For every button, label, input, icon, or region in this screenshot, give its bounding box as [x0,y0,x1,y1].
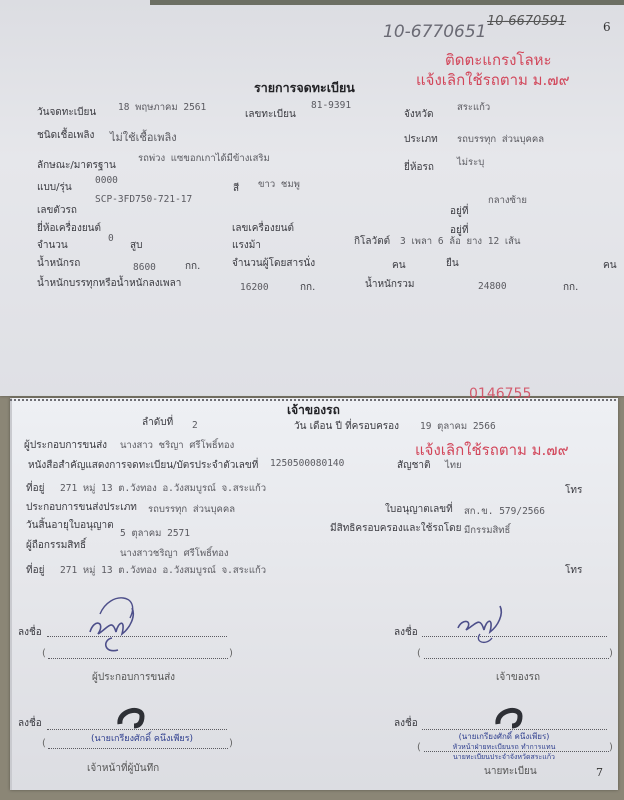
weight-unit: กก. [185,259,200,274]
page-number-bottom: 7 [596,766,603,779]
name-paren-officer: ( [42,738,46,749]
character-value: รถพ่วง แซขอกเกาได้มีข้างเสริม [138,151,270,166]
license-no-label: ใบอนุญาตเลขที่ [385,502,453,517]
character-label: ลักษณะ/มาตรฐาน [37,158,116,173]
owner-value: นางสาวชริญา ศรีโพธิ์ทอง [120,546,229,561]
page-number-top: 6 [603,20,611,34]
license-expiry-label: วันสิ้นอายุใบอนุญาต [26,518,114,533]
sign-label-registrar: ลงชื่อ [394,716,418,731]
license-expiry-value: 5 ตุลาคม 2571 [120,526,190,541]
registrar-stamp-office: นายทะเบียนประจำจังหวัดสระแก้ว [436,752,572,763]
standing-unit: คน [603,258,617,273]
axle-wheel-value: 3 เพลา 6 ล้อ ยาง 12 เส้น [400,234,520,249]
phone-label: โทร [565,483,582,498]
reg-date-value: 18 พฤษภาคม 2561 [118,100,206,115]
possession-right-label: มีสิทธิครอบครองและใช้รถโดย [330,521,462,536]
owner-address-label: ที่อยู่ [26,563,44,578]
name-line-officer [48,748,228,749]
business-type-value: รถบรรทุก ส่วนบุคคล [148,502,235,517]
struck-registration-number: 10-6670591 [487,14,566,29]
background-strip [150,0,624,5]
id-value: 1250500080140 [270,458,344,469]
province-label: จังหวัด [404,107,433,122]
weight-value: 8600 [133,262,156,273]
name-paren-registrar-close: ) [609,742,613,753]
type-label: ประเภท [404,132,438,147]
chassis-location-label: อยู่ที่ [450,204,468,219]
signature-registrar-icon [494,706,524,730]
possession-date-label: วัน เดือน ปี ที่ครอบครอง [294,419,399,434]
page-title: รายการจดทะเบียน [254,78,355,98]
load-unit: กก. [300,280,315,295]
name-paren-owner: ( [417,648,421,659]
registration-page-top: 10-6770651 10-6670591 6 ติดตะแกรงโลหะ แจ… [0,0,624,396]
cylinders-label: จำนวน [37,238,68,253]
color-value: ขาว ชมพู [258,177,300,192]
load-value: 16200 [240,282,269,293]
order-label: ลำดับที่ [142,415,173,430]
name-paren-owner-close: ) [609,648,613,659]
name-paren-operator: ( [42,648,46,659]
nationality-value: ไทย [445,458,462,473]
cylinders-unit: สูบ [130,238,142,253]
chassis-value: SCP-3FD750-721-17 [95,194,192,205]
name-paren-registrar: ( [417,742,421,753]
officer-stamp-name: (นายเกรียงศักดิ์ คนึงเพียร) [72,731,212,745]
owner-phone-label: โทร [565,563,582,578]
address-label: ที่อยู่ [26,481,44,496]
name-line-operator [48,658,228,659]
perforation-line [10,399,616,401]
type-value: รถบรรทุก ส่วนบุคคล [457,132,544,147]
red-note-cancel-use-owner: แจ้งเลิกใช้รถตาม ม.๗๙ [415,438,569,462]
reg-no-value: 81-9391 [311,100,351,111]
nationality-label: สัญชาติ [397,458,431,473]
possession-date-value: 19 ตุลาคม 2566 [420,419,496,434]
caption-owner: เจ้าของรถ [496,670,540,685]
id-label: หนังสือสำคัญแสดงการจดทะเบียน/บัตรประจำตั… [28,458,258,473]
weight-label: น้ำหนักรถ [37,256,80,271]
total-weight-label: น้ำหนักรวม [365,277,415,292]
sign-label-owner: ลงชื่อ [394,625,418,640]
handwritten-registration-number: 10-6770651 [383,22,486,42]
name-paren-officer-close: ) [229,738,233,749]
order-value: 2 [192,420,198,431]
operator-value: นางสาว ชริญา ศรีโพธิ์ทอง [120,438,234,453]
chassis-location-value: กลางซ้าย [488,193,527,208]
name-paren-operator-close: ) [229,648,233,659]
operator-label: ผู้ประกอบการขนส่ง [24,438,107,453]
registration-page-owner: 0146755 เจ้าของรถ ลำดับที่ 2 วัน เดือน ป… [10,398,618,790]
horsepower-label: แรงม้า [232,238,261,253]
caption-operator: ผู้ประกอบการขนส่ง [92,670,175,685]
color-label: สี [233,181,239,196]
sign-label-operator: ลงชื่อ [18,625,42,640]
province-value: สระแก้ว [457,100,490,115]
model-label: แบบ/รุ่น [37,180,72,195]
signature-owner-icon [452,598,522,648]
model-value: 0000 [95,175,118,186]
caption-registrar: นายทะเบียน [484,764,537,779]
owner-section-title: เจ้าของรถ [287,401,340,420]
caption-officer: เจ้าหน้าที่ผู้บันทึก [87,761,159,776]
name-line-owner [424,658,609,659]
fuel-value: ไม่ใช้เชื้อเพลิง [110,128,177,146]
reg-no-label: เลขทะเบียน [245,107,296,122]
address-value: 271 หมู่ 13 ต.วังทอง อ.วังสมบูรณ์ จ.สระแ… [60,481,266,496]
seats-label: จำนวนผู้โดยสารนั่ง [232,256,315,271]
standing-label: ยืน [446,256,459,271]
total-weight-unit: กก. [563,280,578,295]
signature-operator-icon [82,588,152,658]
business-type-label: ประกอบการขนส่งประเภท [26,500,137,515]
sign-label-officer: ลงชื่อ [18,716,42,731]
load-label: น้ำหนักบรรทุกหรือน้ำหนักลงเพลา [37,276,181,291]
engine-brand-label: ยี่ห้อเครื่องยนต์ [37,221,101,236]
license-no-value: สก.ข. 579/2566 [464,504,545,519]
owner-label: ผู้ถือกรรมสิทธิ์ [26,538,86,553]
brand-label: ยี่ห้อรถ [404,160,434,175]
reg-date-label: วันจดทะเบียน [37,105,96,120]
fuel-label: ชนิดเชื้อเพลิง [37,128,94,143]
possession-right-value: มีกรรมสิทธิ์ [464,523,510,538]
signature-officer-icon [116,706,146,730]
red-note-cancel-use: แจ้งเลิกใช้รถตาม ม.๗๙ [416,68,570,92]
engine-no-label: เลขเครื่องยนต์ [232,221,294,236]
brand-value: ไม่ระบุ [457,155,484,170]
seats-unit: คน [392,258,406,273]
chassis-label: เลขตัวรถ [37,203,77,218]
cylinders-value: 0 [108,233,114,244]
total-weight-value: 24800 [478,281,507,292]
owner-address-value: 271 หมู่ 13 ต.วังทอง อ.วังสมบูรณ์ จ.สระแ… [60,563,266,578]
kilowatt-label: กิโลวัตต์ [354,234,390,249]
